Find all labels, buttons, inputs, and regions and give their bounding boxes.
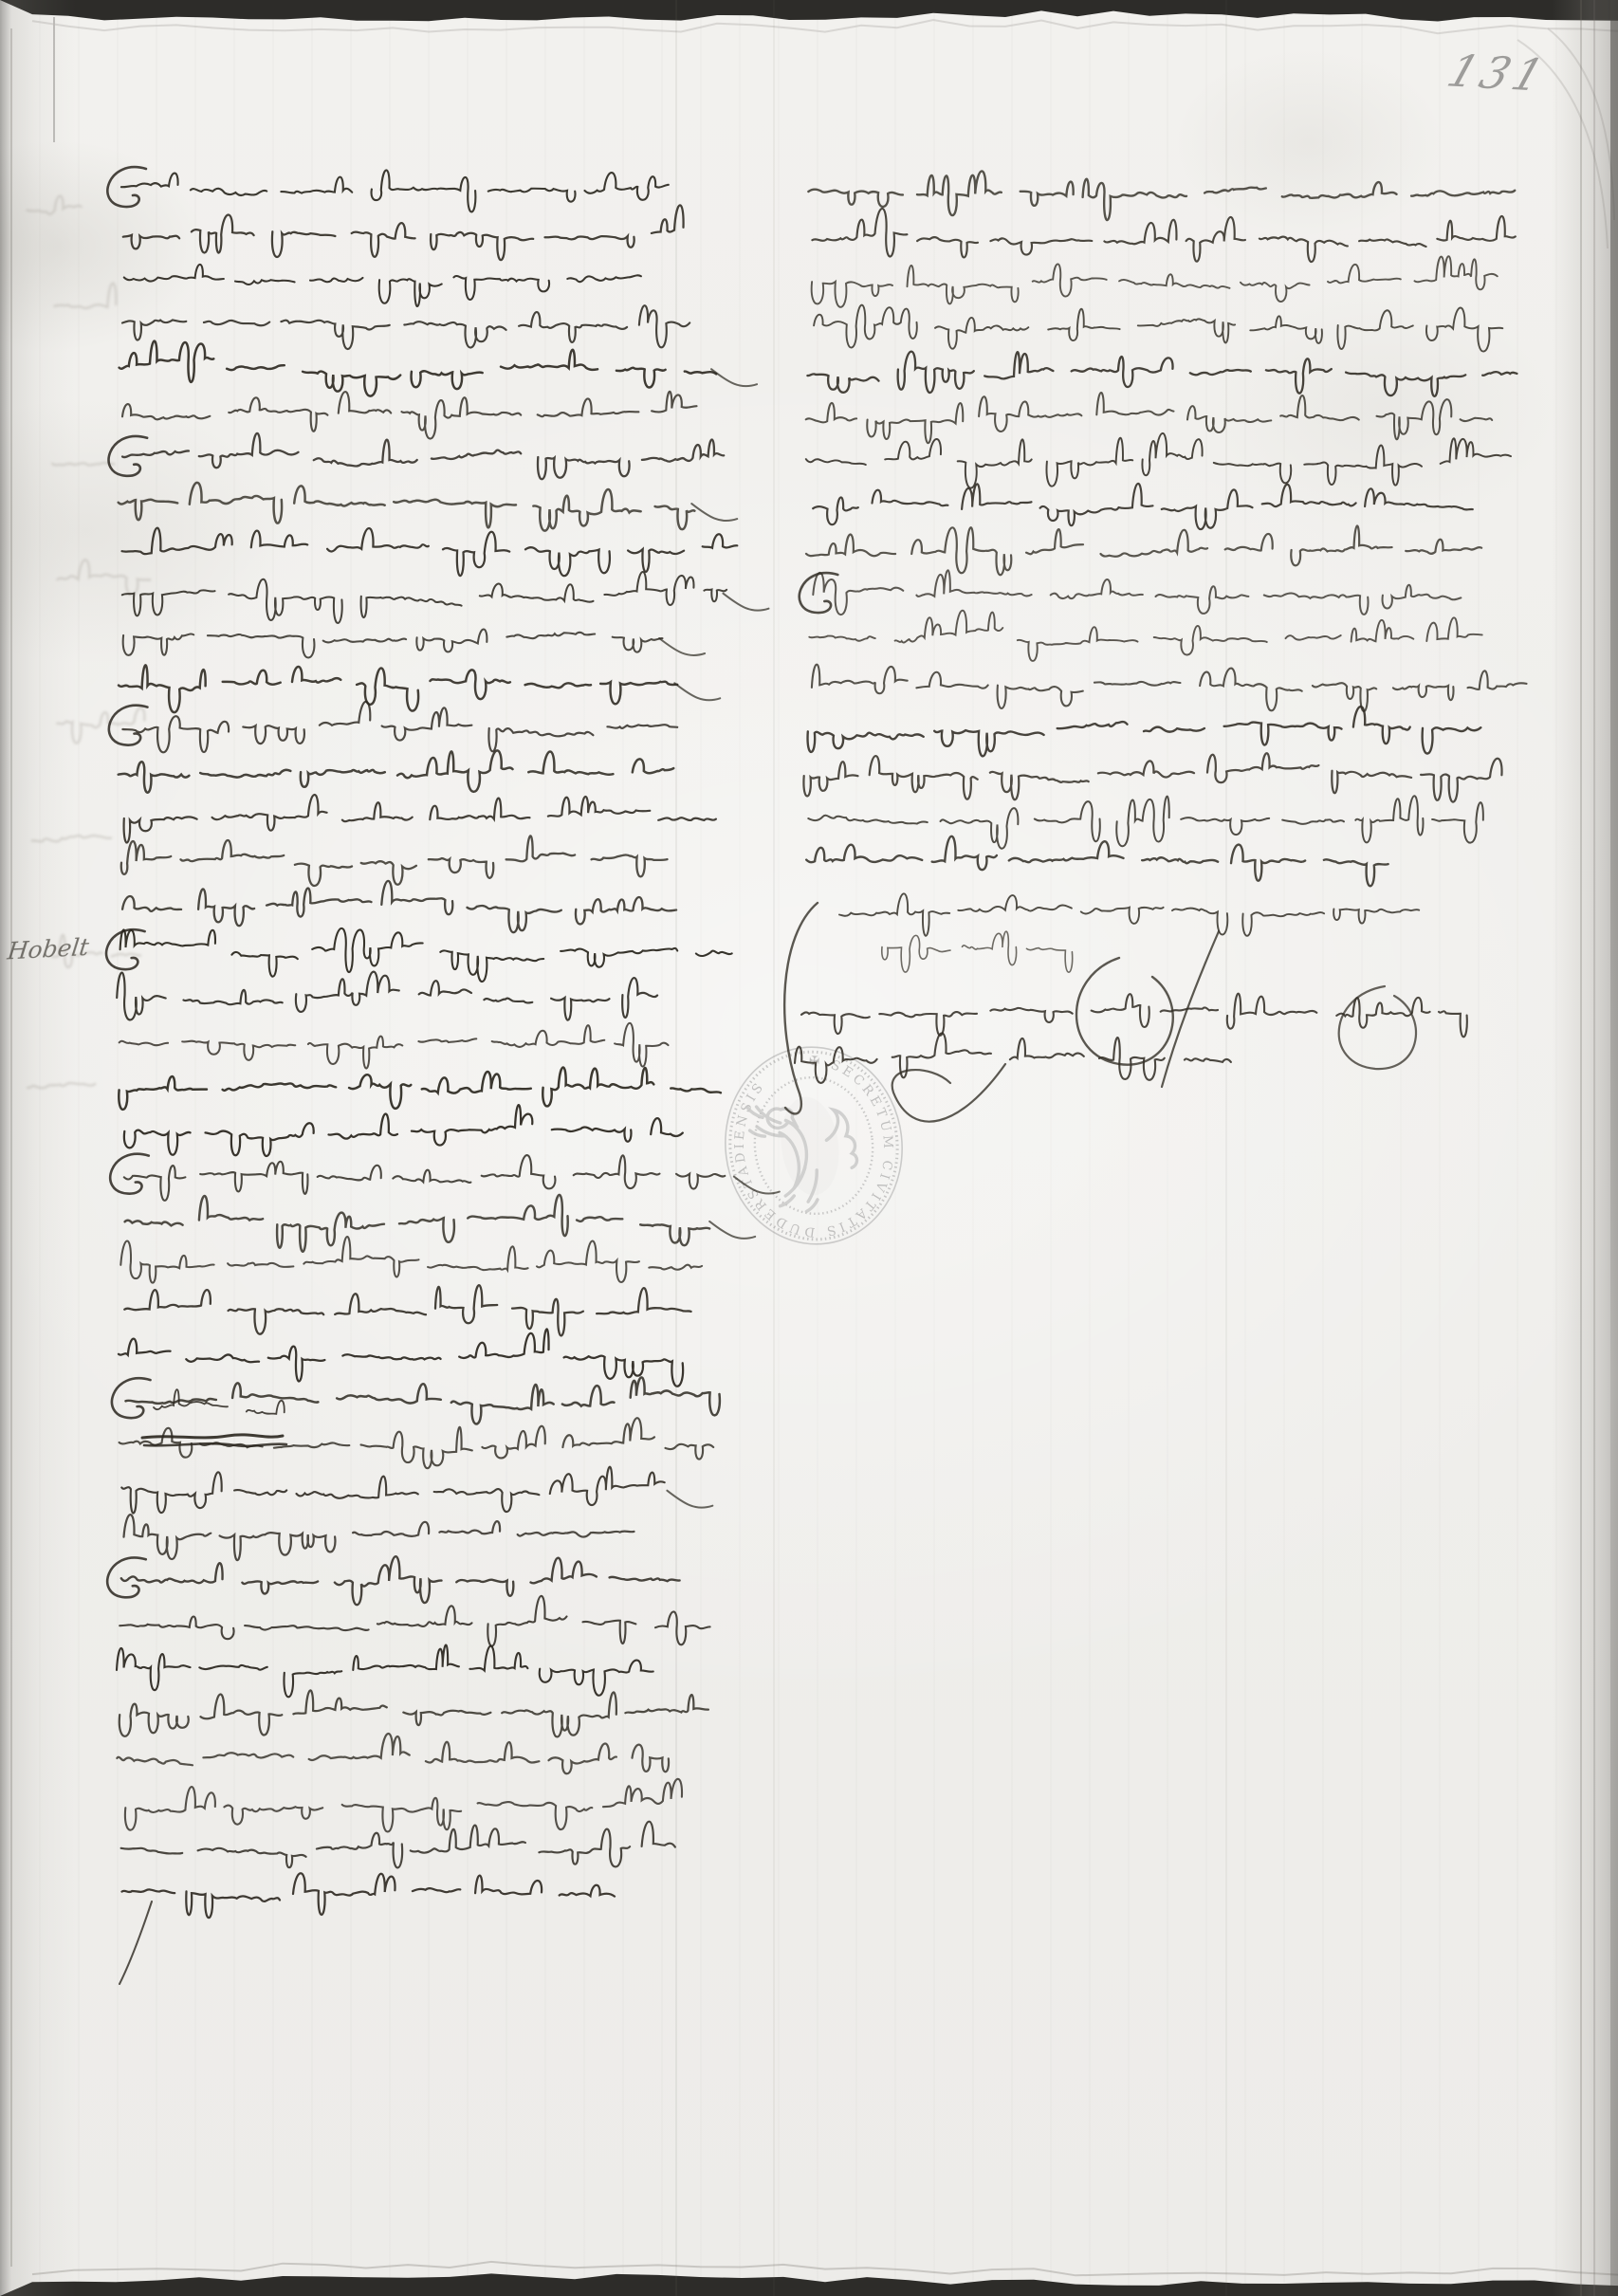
right-page-edge-line bbox=[1610, 0, 1618, 2296]
fold-crease bbox=[1225, 0, 1227, 2296]
torn-bottom-edge bbox=[0, 2262, 1618, 2296]
page-stack-crease bbox=[1580, 0, 1582, 2296]
left-gutter-shadow bbox=[0, 0, 76, 2296]
handwriting-and-edges-layer: ✠ SECRETUM CIVITATIS DUDERSTADIENSIS bbox=[0, 0, 1618, 2296]
manuscript-page: ✠ SECRETUM CIVITATIS DUDERSTADIENSIS bbox=[0, 0, 1618, 2296]
city-seal: ✠ SECRETUM CIVITATIS DUDERSTADIENSIS bbox=[714, 1037, 913, 1254]
handwriting-left-column bbox=[106, 167, 780, 1984]
fold-crease bbox=[773, 0, 775, 2296]
fold-crease bbox=[675, 0, 677, 2296]
margin-annotation: Hobelt bbox=[6, 933, 90, 965]
strikethrough-correction bbox=[142, 1389, 286, 1446]
handwriting-right-column bbox=[800, 171, 1527, 886]
right-page-edge-shadow bbox=[1552, 0, 1618, 2296]
page-stack-crease bbox=[1593, 0, 1595, 2296]
closing-and-signature-block bbox=[784, 893, 1467, 1121]
page-number: 131 bbox=[1442, 45, 1554, 101]
torn-top-edge bbox=[0, 0, 1618, 33]
